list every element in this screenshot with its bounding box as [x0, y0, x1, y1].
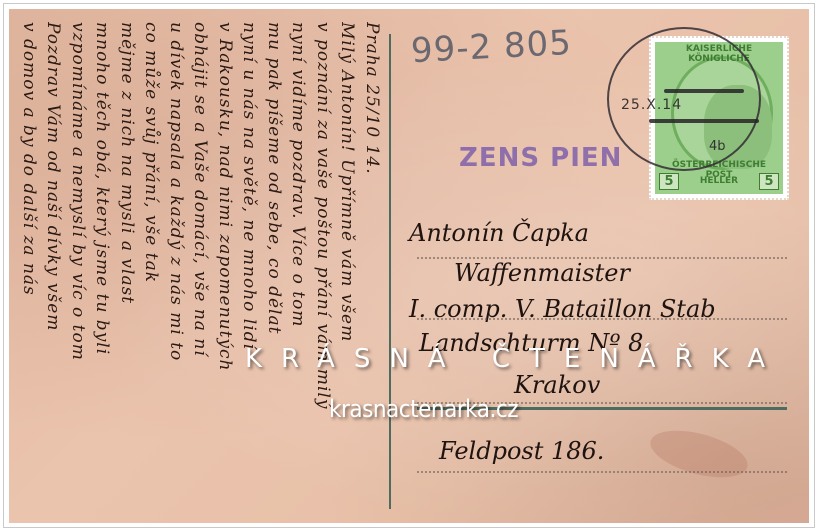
message-line: co může svůj přání, vše tak	[139, 22, 164, 522]
message-line: vzpomínáme a nemyslí by víc o tom	[66, 22, 91, 522]
cancel-bar	[664, 89, 744, 93]
address-rule	[417, 471, 787, 473]
message-line: mnoho těch obá, který jsme tu byli	[90, 22, 115, 522]
postmark-date: 25.X.14	[621, 97, 682, 113]
censor-stamp: ZENS PIEN	[459, 143, 622, 173]
watermark-title: KRÁSNÁ ČTENÁŘKA	[245, 344, 784, 374]
message-line: mějme z nich na mysli a vlast	[115, 22, 140, 522]
message-line: Milý Antonín! Upřímně vám všem	[335, 22, 360, 522]
address-city: Krakov	[514, 371, 600, 399]
message-line: v Rakousku, nad nimi zapomenutých	[213, 22, 238, 522]
center-divider-line	[389, 34, 391, 509]
message-line: v poznání za vaše poštou přání vám milý	[311, 22, 336, 522]
address-rank: Waffenmaister	[454, 259, 630, 287]
watermark-url: krasnactenarka.cz	[329, 395, 518, 423]
postcard: Praha 25/10 14. Milý Antonín! Upřímně vá…	[9, 9, 809, 523]
message-date: Praha 25/10 14.	[360, 22, 385, 522]
address-feldpost: Feldpost 186.	[439, 437, 604, 465]
postmark-code: 4b	[709, 139, 726, 154]
handwritten-message: Praha 25/10 14. Milý Antonín! Upřímně vá…	[19, 19, 389, 523]
address-name: Antonín Čapka	[409, 219, 589, 247]
message-line: obhájit se a Vaše domácí, vše na ní	[188, 22, 213, 522]
message-line: mu pak píšeme od sebe, co dělat	[262, 22, 287, 522]
stain	[646, 422, 753, 487]
stamp-value: 5	[759, 173, 779, 190]
message-line: nyní u nás na světě, ne mnoho lidí	[237, 22, 262, 522]
address-rule	[417, 318, 787, 320]
stamp-currency: HELLER	[700, 176, 738, 186]
message-line: v domov a by do další za nás	[19, 22, 41, 522]
message-line: nyní vidíme pozdrav. Více o tom	[286, 22, 311, 522]
message-line: u dívek napsala a každý z nás mi to	[164, 22, 189, 522]
pencil-note: 99-2 805	[410, 23, 573, 71]
stamp-value: 5	[659, 173, 679, 190]
cancel-bar	[649, 119, 759, 123]
message-line: Pozdrav Vám od naší dívky všem	[41, 22, 66, 522]
